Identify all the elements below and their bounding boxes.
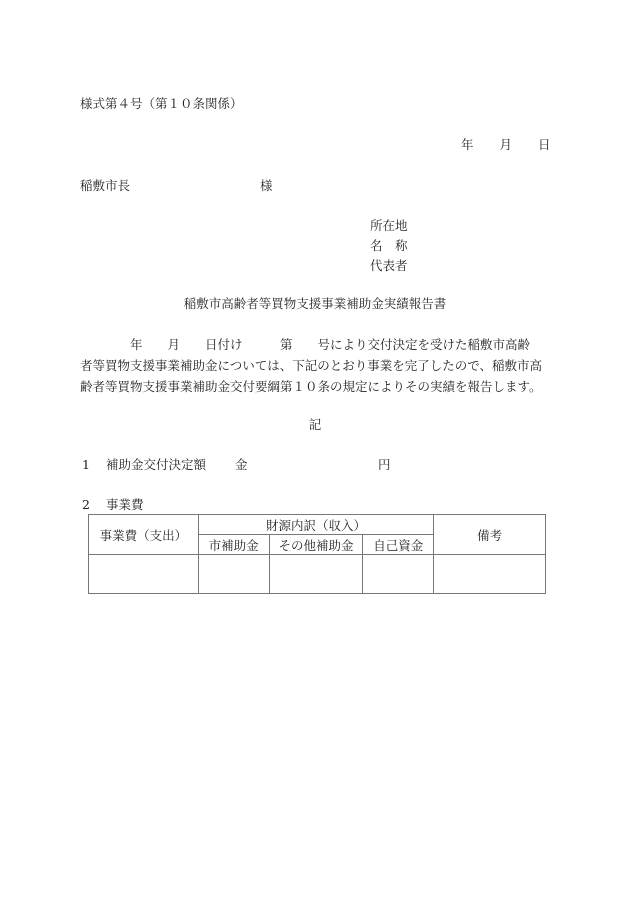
addressee-honorific: 様 [260, 178, 273, 194]
header-expenditure: 事業費（支出） [89, 515, 199, 555]
body-paragraph: 年 月 日付け 第 号により交付決定を受けた稲敷市高齢 者等買物支援事業補助金に… [80, 334, 560, 397]
item2-number: 2 [82, 497, 106, 513]
header-remarks: 備考 [434, 515, 546, 555]
date-month: 月 [500, 137, 513, 153]
cell-remarks[interactable] [434, 555, 546, 594]
cell-expenditure[interactable] [89, 555, 199, 594]
ki-heading: 記 [0, 417, 630, 433]
date-day: 日 [538, 137, 551, 153]
cell-other-subsidy[interactable] [269, 555, 363, 594]
addressee: 稲敷市長 様 [80, 178, 130, 194]
item1-prefix: 金 [235, 457, 248, 473]
document-title: 稲敷市高齢者等買物支援事業補助金実績報告書 [0, 296, 630, 312]
header-own-funds: 自己資金 [363, 535, 434, 555]
item-project-cost: 2事業費 [82, 497, 144, 513]
project-cost-table: 事業費（支出） 財源内訳（収入） 備考 市補助金 その他補助金 自己資金 [88, 514, 546, 594]
item2-label: 事業費 [106, 497, 144, 512]
applicant-name-label: 名 称 [370, 236, 408, 256]
form-number: 様式第４号（第１０条関係） [80, 96, 243, 112]
cell-city-subsidy[interactable] [198, 555, 269, 594]
item-subsidy-amount: 1補助金交付決定額 金 円 [82, 457, 206, 473]
addressee-name: 稲敷市長 [80, 178, 130, 193]
item1-label: 補助金交付決定額 [106, 457, 206, 472]
applicant-address-label: 所在地 [370, 216, 408, 236]
header-city-subsidy: 市補助金 [198, 535, 269, 555]
date-line: 年月日 [461, 137, 551, 153]
header-other-subsidy: その他補助金 [269, 535, 363, 555]
body-line-3: 齢者等買物支援事業補助金交付要綱第１０条の規定によりその実績を報告します。 [80, 376, 560, 397]
date-year: 年 [461, 137, 474, 153]
header-funding-group: 財源内訳（収入） [198, 515, 433, 535]
item1-number: 1 [82, 457, 106, 473]
body-line-2: 者等買物支援事業補助金については、下記のとおり事業を完了したので、稲敷市高 [80, 355, 560, 376]
table-header-row: 事業費（支出） 財源内訳（収入） 備考 [89, 515, 546, 535]
body-line-1: 年 月 日付け 第 号により交付決定を受けた稲敷市高齢 [80, 334, 560, 355]
cell-own-funds[interactable] [363, 555, 434, 594]
table-row [89, 555, 546, 594]
applicant-block: 所在地 名 称 代表者 [370, 216, 408, 276]
applicant-representative-label: 代表者 [370, 256, 408, 276]
item1-unit: 円 [378, 457, 391, 473]
